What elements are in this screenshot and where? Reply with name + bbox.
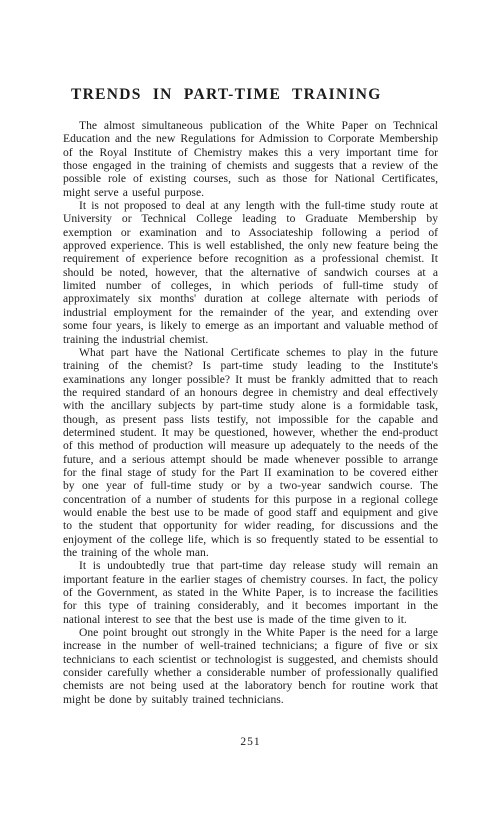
article-body: The almost simultaneous publication of t… bbox=[63, 119, 438, 706]
text-block: TRENDS IN PART-TIME TRAINING The almost … bbox=[63, 86, 438, 706]
paragraph-4: It is undoubtedly true that part-time da… bbox=[63, 559, 438, 626]
article-title: TRENDS IN PART-TIME TRAINING bbox=[71, 86, 438, 104]
paragraph-3: What part have the National Certificate … bbox=[63, 346, 438, 560]
paragraph-1: The almost simultaneous publication of t… bbox=[63, 119, 438, 199]
paragraph-5: One point brought out strongly in the Wh… bbox=[63, 626, 438, 706]
paragraph-2: It is not proposed to deal at any length… bbox=[63, 199, 438, 346]
document-page: TRENDS IN PART-TIME TRAINING The almost … bbox=[0, 0, 500, 826]
page-number: 251 bbox=[63, 736, 438, 748]
